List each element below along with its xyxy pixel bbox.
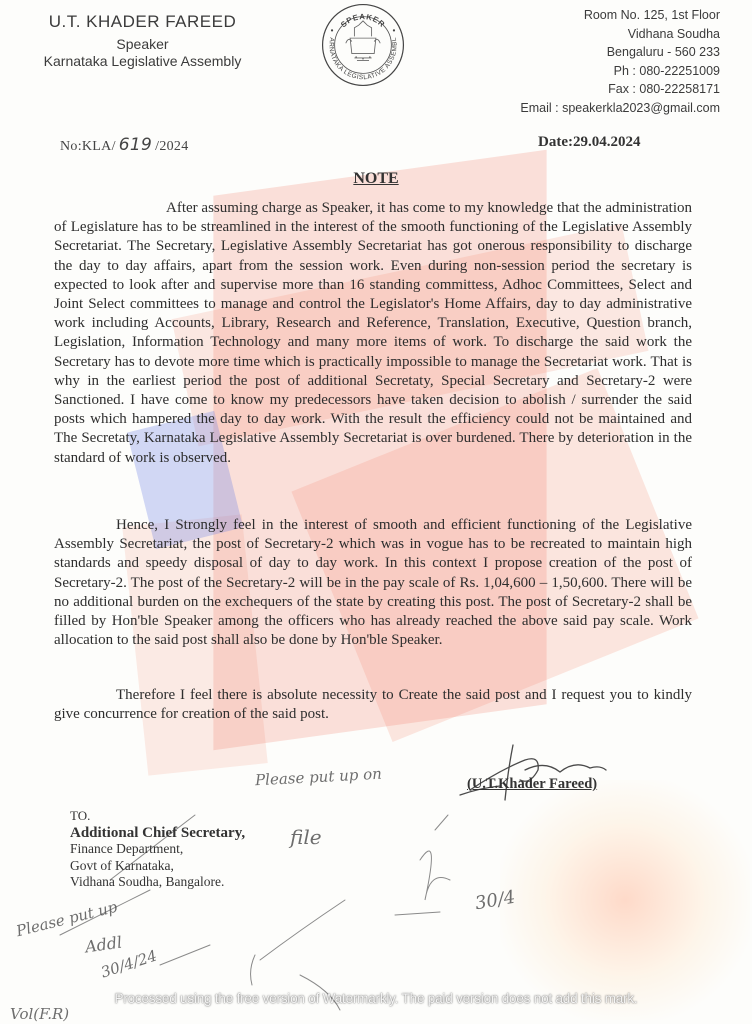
- recipient-title: Additional Chief Secretary,: [70, 825, 245, 842]
- paragraph-text: After assuming charge as Speaker, it has…: [54, 199, 692, 468]
- sender-name: U.T. KHADER FAREED: [30, 12, 255, 32]
- watermark-notice: Processed using the free version of Wate…: [0, 991, 752, 1006]
- recipient-location: Vidhana Soudha, Bangalore.: [70, 874, 245, 891]
- reference-number: No:KLA/619/2024: [60, 135, 189, 155]
- paragraph-text: Hence, I Strongly feel in the interest o…: [54, 516, 692, 650]
- contact-email: Email : speakerkla2023@gmail.com: [520, 99, 720, 118]
- document-date: Date:29.04.2024: [538, 134, 640, 151]
- handwritten-note: Please put up on: [255, 765, 383, 790]
- contact-fax: Fax : 080-22258171: [520, 80, 720, 99]
- handwritten-note: Vol(F.R): [10, 1005, 69, 1023]
- contact-phone: Ph : 080-22251009: [520, 62, 720, 81]
- handwritten-date: 30/4: [473, 887, 516, 915]
- letterhead-sender: U.T. KHADER FAREED Speaker Karnataka Leg…: [30, 12, 255, 69]
- signatory-name: (U.T.Khader Fareed): [467, 776, 597, 793]
- sender-organization: Karnataka Legislative Assembly: [30, 53, 255, 69]
- handwritten-note: file: [290, 825, 322, 849]
- body-paragraph-1: After assuming charge as Speaker, it has…: [54, 199, 692, 468]
- contact-building: Vidhana Soudha: [520, 25, 720, 44]
- recipient-government: Govt of Karnataka,: [70, 858, 245, 875]
- letterhead-contact: Room No. 125, 1st Floor Vidhana Soudha B…: [520, 6, 720, 117]
- contact-city: Bengaluru - 560 233: [520, 43, 720, 62]
- body-paragraph-2: Hence, I Strongly feel in the interest o…: [54, 516, 692, 650]
- body-paragraph-3: Therefore I feel there is absolute neces…: [54, 686, 692, 724]
- reference-prefix: No:KLA/: [60, 139, 116, 154]
- watermark-glow: [500, 780, 750, 1020]
- speaker-seal-emblem-icon: SPEAKER KARNATAKA LEGISLATIVE ASSEMBLY: [320, 2, 406, 88]
- paragraph-text: Therefore I feel there is absolute neces…: [54, 686, 692, 724]
- contact-room: Room No. 125, 1st Floor: [520, 6, 720, 25]
- sender-role: Speaker: [30, 36, 255, 52]
- recipient-department: Finance Department,: [70, 841, 245, 858]
- document-title: NOTE: [0, 170, 752, 188]
- reference-handwritten-number: 619: [119, 135, 152, 155]
- reference-suffix: /2024: [155, 139, 188, 154]
- recipient-address: TO. Additional Chief Secretary, Finance …: [70, 808, 245, 891]
- recipient-to-label: TO.: [70, 808, 245, 825]
- handwritten-note: Addl: [84, 933, 123, 957]
